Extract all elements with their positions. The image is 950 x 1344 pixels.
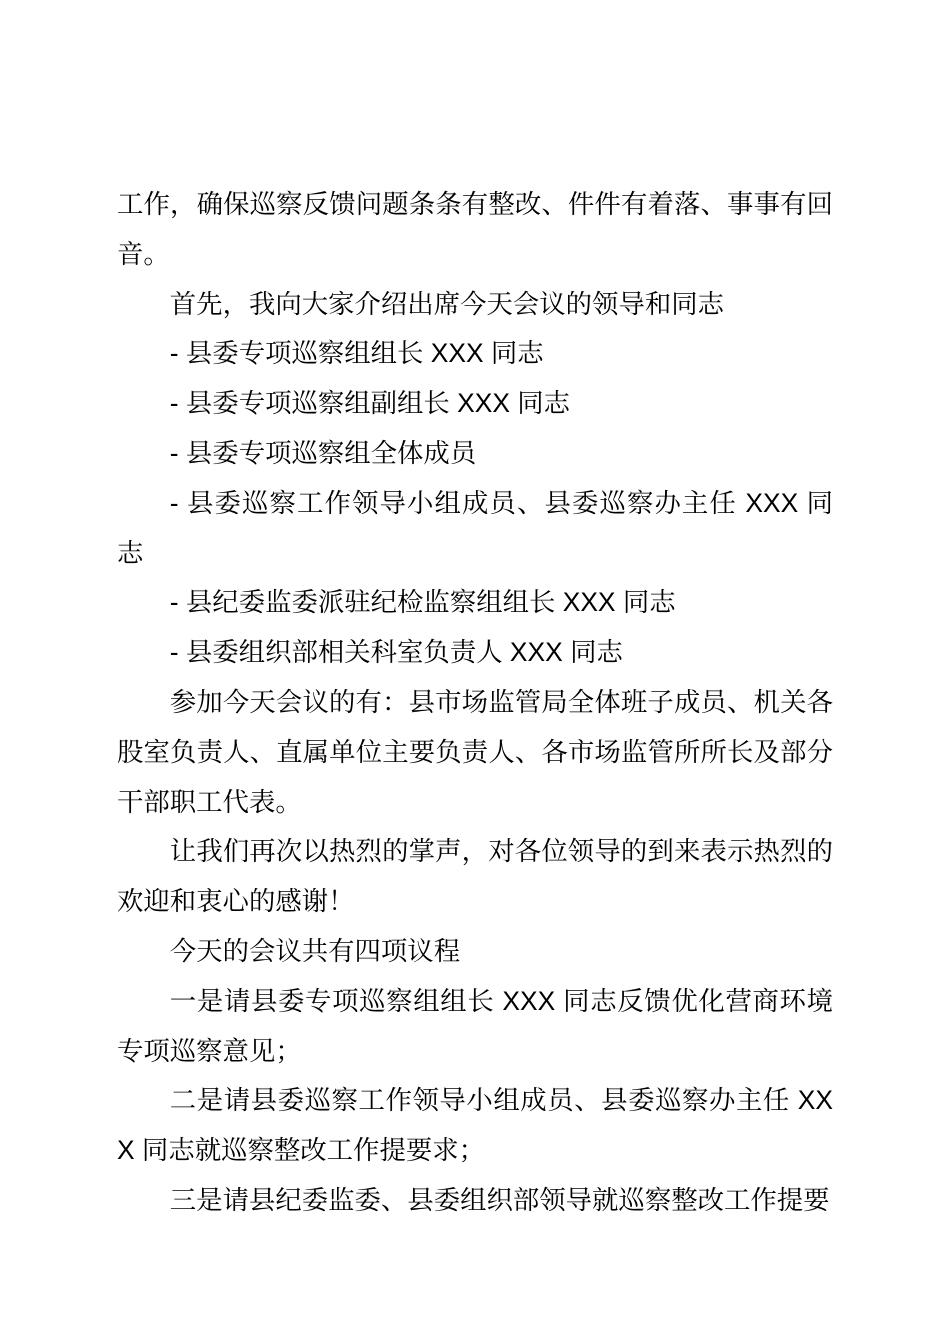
paragraph: 一是请县委专项巡察组组长 XXX 同志反馈优化营商环境专项巡察意见； <box>117 977 833 1077</box>
list-item: - 县委专项巡察组副组长 XXX 同志 <box>117 379 833 429</box>
list-item: - 县委巡察工作领导小组成员、县委巡察办主任 XXX 同志 <box>117 479 833 579</box>
paragraph: 今天的会议共有四项议程 <box>117 927 833 977</box>
paragraph: 让我们再次以热烈的掌声，对各位领导的到来表示热烈的欢迎和衷心的感谢！ <box>117 827 833 927</box>
paragraph-continuation: 工作，确保巡察反馈问题条条有整改、件件有着落、事事有回音。 <box>117 180 833 280</box>
list-item: - 县委专项巡察组全体成员 <box>117 429 833 479</box>
paragraph-cutoff: 三是请县纪委监委、县委组织部领导就巡察整改工作提要 <box>117 1176 833 1226</box>
paragraph: 首先，我向大家介绍出席今天会议的领导和同志 <box>117 280 833 330</box>
document-page: 工作，确保巡察反馈问题条条有整改、件件有着落、事事有回音。 首先，我向大家介绍出… <box>0 0 950 1344</box>
document-body: 工作，确保巡察反馈问题条条有整改、件件有着落、事事有回音。 首先，我向大家介绍出… <box>117 180 833 1226</box>
list-item: - 县委组织部相关科室负责人 XXX 同志 <box>117 628 833 678</box>
paragraph: 二是请县委巡察工作领导小组成员、县委巡察办主任 XXX 同志就巡察整改工作提要求… <box>117 1076 833 1176</box>
paragraph: 参加今天会议的有：县市场监管局全体班子成员、机关各股室负责人、直属单位主要负责人… <box>117 678 833 827</box>
list-item: - 县纪委监委派驻纪检监察组组长 XXX 同志 <box>117 578 833 628</box>
list-item: - 县委专项巡察组组长 XXX 同志 <box>117 329 833 379</box>
